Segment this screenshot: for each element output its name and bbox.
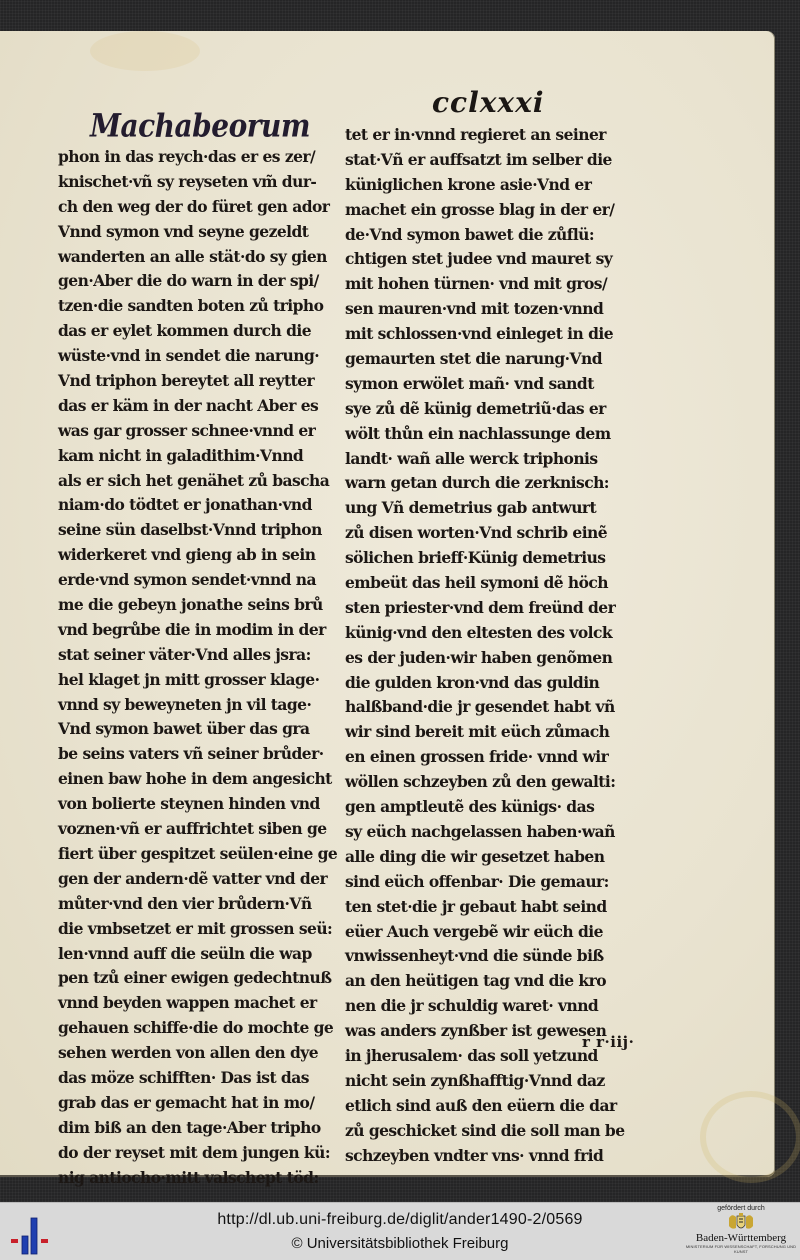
text-line: grab das er gemacht hat in mo/ bbox=[58, 1091, 338, 1116]
text-line: ten stet·die jr gebaut habt seind bbox=[345, 895, 635, 920]
text-line: fiert über gespitzet seülen·eine ge bbox=[58, 842, 338, 867]
text-line: vnnd sy beweyneten jn vil tage· bbox=[58, 693, 338, 718]
text-line: kam nicht in galadithim·Vnnd bbox=[58, 444, 338, 469]
text-line: zů disen worten·Vnd schrib einẽ bbox=[345, 521, 635, 546]
text-line: stat·Vñ er auffsatzt im selber die bbox=[345, 148, 635, 173]
footer-bar: http://dl.ub.uni-freiburg.de/diglit/ande… bbox=[0, 1202, 800, 1260]
text-line: en einen grossen fride· vnnd wir bbox=[345, 745, 635, 770]
text-line: vnwissenheyt·vnd die sünde biß bbox=[345, 944, 635, 969]
text-line: es der juden·wir haben genõmen bbox=[345, 646, 635, 671]
text-line: das er käm in der nacht Aber es bbox=[58, 394, 338, 419]
text-line: vnnd beyden wappen machet er bbox=[58, 991, 338, 1016]
funded-by-label: gefördert durch bbox=[683, 1205, 799, 1212]
text-line: sen mauren·vnd mit tozen·vnnd bbox=[345, 297, 635, 322]
text-line: sölichen brieff·Künig demetrius bbox=[345, 546, 635, 571]
text-line: Vnnd symon vnd seyne gezeldt bbox=[58, 220, 338, 245]
text-line: de·Vnd symon bawet die zůflü: bbox=[345, 223, 635, 248]
baden-wuerttemberg-crest-icon bbox=[726, 1212, 756, 1232]
text-line: embeüt das heil symoni dẽ höch bbox=[345, 571, 635, 596]
text-line: tzen·die sandten boten zů tripho bbox=[58, 294, 338, 319]
folio-number: cclxxxi bbox=[432, 86, 544, 119]
text-line: die vmbsetzet er mit grossen seü: bbox=[58, 917, 338, 942]
text-line: pen tzů einer ewigen gedechtnuß bbox=[58, 966, 338, 991]
text-line: knischet·vñ sy reyseten vm̃ dur- bbox=[58, 170, 338, 195]
text-line: warn getan durch die zerknisch: bbox=[345, 471, 635, 496]
text-line: stat seiner väter·Vnd alles jsra: bbox=[58, 643, 338, 668]
text-line: das er eylet kommen durch die bbox=[58, 319, 338, 344]
text-line: was gar grosser schnee·vnnd er bbox=[58, 419, 338, 444]
text-line: nig antiocho·mitt valschept töd: bbox=[58, 1166, 338, 1191]
book-page-scan: Machabeorum cclxxxi phon in das reych·da… bbox=[0, 31, 775, 1177]
text-line: künig·vnd den eltesten des volck bbox=[345, 621, 635, 646]
text-line: gemaurten stet die narung·Vnd bbox=[345, 347, 635, 372]
text-line: nicht sein zynßhafftig·Vnnd daz bbox=[345, 1069, 635, 1094]
text-line: be seins vaters vñ seiner brůder· bbox=[58, 742, 338, 767]
image-viewer: Machabeorum cclxxxi phon in das reych·da… bbox=[0, 0, 800, 1202]
text-line: niam·do tödtet er jonathan·vnd bbox=[58, 493, 338, 518]
text-line: vnd begrůbe die in modim in der bbox=[58, 618, 338, 643]
text-line: sind eüch offenbar· Die gemaur: bbox=[345, 870, 635, 895]
text-line: me die gebeyn jonathe seins brů bbox=[58, 593, 338, 618]
sponsor-ministry-name: MINISTERIUM FÜR WISSENSCHAFT, FORSCHUNG … bbox=[683, 1244, 799, 1254]
text-line: alle ding die wir gesetzet haben bbox=[345, 845, 635, 870]
sponsor-logo: gefördert durch Baden-Württemberg MINIST… bbox=[683, 1205, 799, 1259]
text-line: als er sich het genähet zů bascha bbox=[58, 469, 338, 494]
text-line: küniglichen krone asie·Vnd er bbox=[345, 173, 635, 198]
text-line: gen amptleutẽ des künigs· das bbox=[345, 795, 635, 820]
text-line: hel klaget jn mitt grosser klage· bbox=[58, 668, 338, 693]
text-line: halßband·die jr gesendet habt vñ bbox=[345, 695, 635, 720]
text-line: nen die jr schuldig waret· vnnd bbox=[345, 994, 635, 1019]
text-line: an den heütigen tag vnd die kro bbox=[345, 969, 635, 994]
text-line: die gulden kron·vnd das guldin bbox=[345, 671, 635, 696]
text-line: sye zů dẽ künig demetriũ·das er bbox=[345, 397, 635, 422]
text-line: widerkeret vnd gieng ab in sein bbox=[58, 543, 338, 568]
text-line: můter·vnd den vier brůdern·Vñ bbox=[58, 892, 338, 917]
paper-stain bbox=[700, 1091, 800, 1183]
text-line: chtigen stet judee vnd mauret sy bbox=[345, 247, 635, 272]
text-column-right: tet er in·vnnd regieret an seinerstat·Vñ… bbox=[345, 123, 635, 1168]
text-line: len·vnnd auff die seüln die wap bbox=[58, 942, 338, 967]
text-line: das möze schifften· Das ist das bbox=[58, 1066, 338, 1091]
copyright-notice: © Universitätsbibliothek Freiburg bbox=[0, 1235, 800, 1252]
text-line: symon erwölet mañ· vnd sandt bbox=[345, 372, 635, 397]
running-head: Machabeorum bbox=[90, 107, 310, 145]
text-line: gen·Aber die do warn in der spi/ bbox=[58, 269, 338, 294]
text-line: voznen·vñ er auffrichtet siben ge bbox=[58, 817, 338, 842]
text-line: eüer Auch vergebẽ wir eüch die bbox=[345, 920, 635, 945]
text-line: erde·vnd symon sendet·vnnd na bbox=[58, 568, 338, 593]
text-line: ung Vñ demetrius gab antwurt bbox=[345, 496, 635, 521]
text-line: zů geschicket sind die soll man be bbox=[345, 1119, 635, 1144]
text-line: wöllen schzeyben zů den gewalti: bbox=[345, 770, 635, 795]
text-line: einen baw hohe in dem angesicht bbox=[58, 767, 338, 792]
text-line: von bolierte steynen hinden vnd bbox=[58, 792, 338, 817]
text-line: Vnd symon bawet über das gra bbox=[58, 717, 338, 742]
text-line: Vnd triphon bereytet all reytter bbox=[58, 369, 338, 394]
text-line: phon in das reych·das er es zer/ bbox=[58, 145, 338, 170]
text-line: ch den weg der do füret gen ador bbox=[58, 195, 338, 220]
text-line: wanderten an alle stät·do sy gien bbox=[58, 245, 338, 270]
text-line: etlich sind auß den eüern die dar bbox=[345, 1094, 635, 1119]
text-line: do der reyset mit dem jungen kü: bbox=[58, 1141, 338, 1166]
paper-stain bbox=[90, 31, 200, 71]
text-column-left: phon in das reych·das er es zer/knischet… bbox=[58, 145, 338, 1190]
sponsor-state-name: Baden-Württemberg bbox=[683, 1232, 799, 1244]
text-line: dim biß an den tage·Aber tripho bbox=[58, 1116, 338, 1141]
text-line: landt· wañ alle werck triphonis bbox=[345, 447, 635, 472]
permalink-url[interactable]: http://dl.ub.uni-freiburg.de/diglit/ande… bbox=[0, 1211, 800, 1229]
text-line: sten priester·vnd dem freünd der bbox=[345, 596, 635, 621]
text-line: wüste·vnd in sendet die narung· bbox=[58, 344, 338, 369]
text-line: seine sün daselbst·Vnnd triphon bbox=[58, 518, 338, 543]
text-line: gehauen schiffe·die do mochte ge bbox=[58, 1016, 338, 1041]
text-line: tet er in·vnnd regieret an seiner bbox=[345, 123, 635, 148]
text-line: machet ein grosse blag in der er/ bbox=[345, 198, 635, 223]
text-line: mit schlossen·vnd einleget in die bbox=[345, 322, 635, 347]
text-line: schzeyben vndter vns· vnnd frid bbox=[345, 1144, 635, 1169]
text-line: gen der andern·dẽ vatter vnd der bbox=[58, 867, 338, 892]
text-line: sehen werden von allen den dye bbox=[58, 1041, 338, 1066]
text-line: wölt thůn ein nachlassunge dem bbox=[345, 422, 635, 447]
text-line: sy eüch nachgelassen haben·wañ bbox=[345, 820, 635, 845]
signature-mark: r r·iij· bbox=[582, 1033, 634, 1051]
text-line: wir sind bereit mit eüch zůmach bbox=[345, 720, 635, 745]
text-line: mit hohen türnen· vnd mit gros/ bbox=[345, 272, 635, 297]
